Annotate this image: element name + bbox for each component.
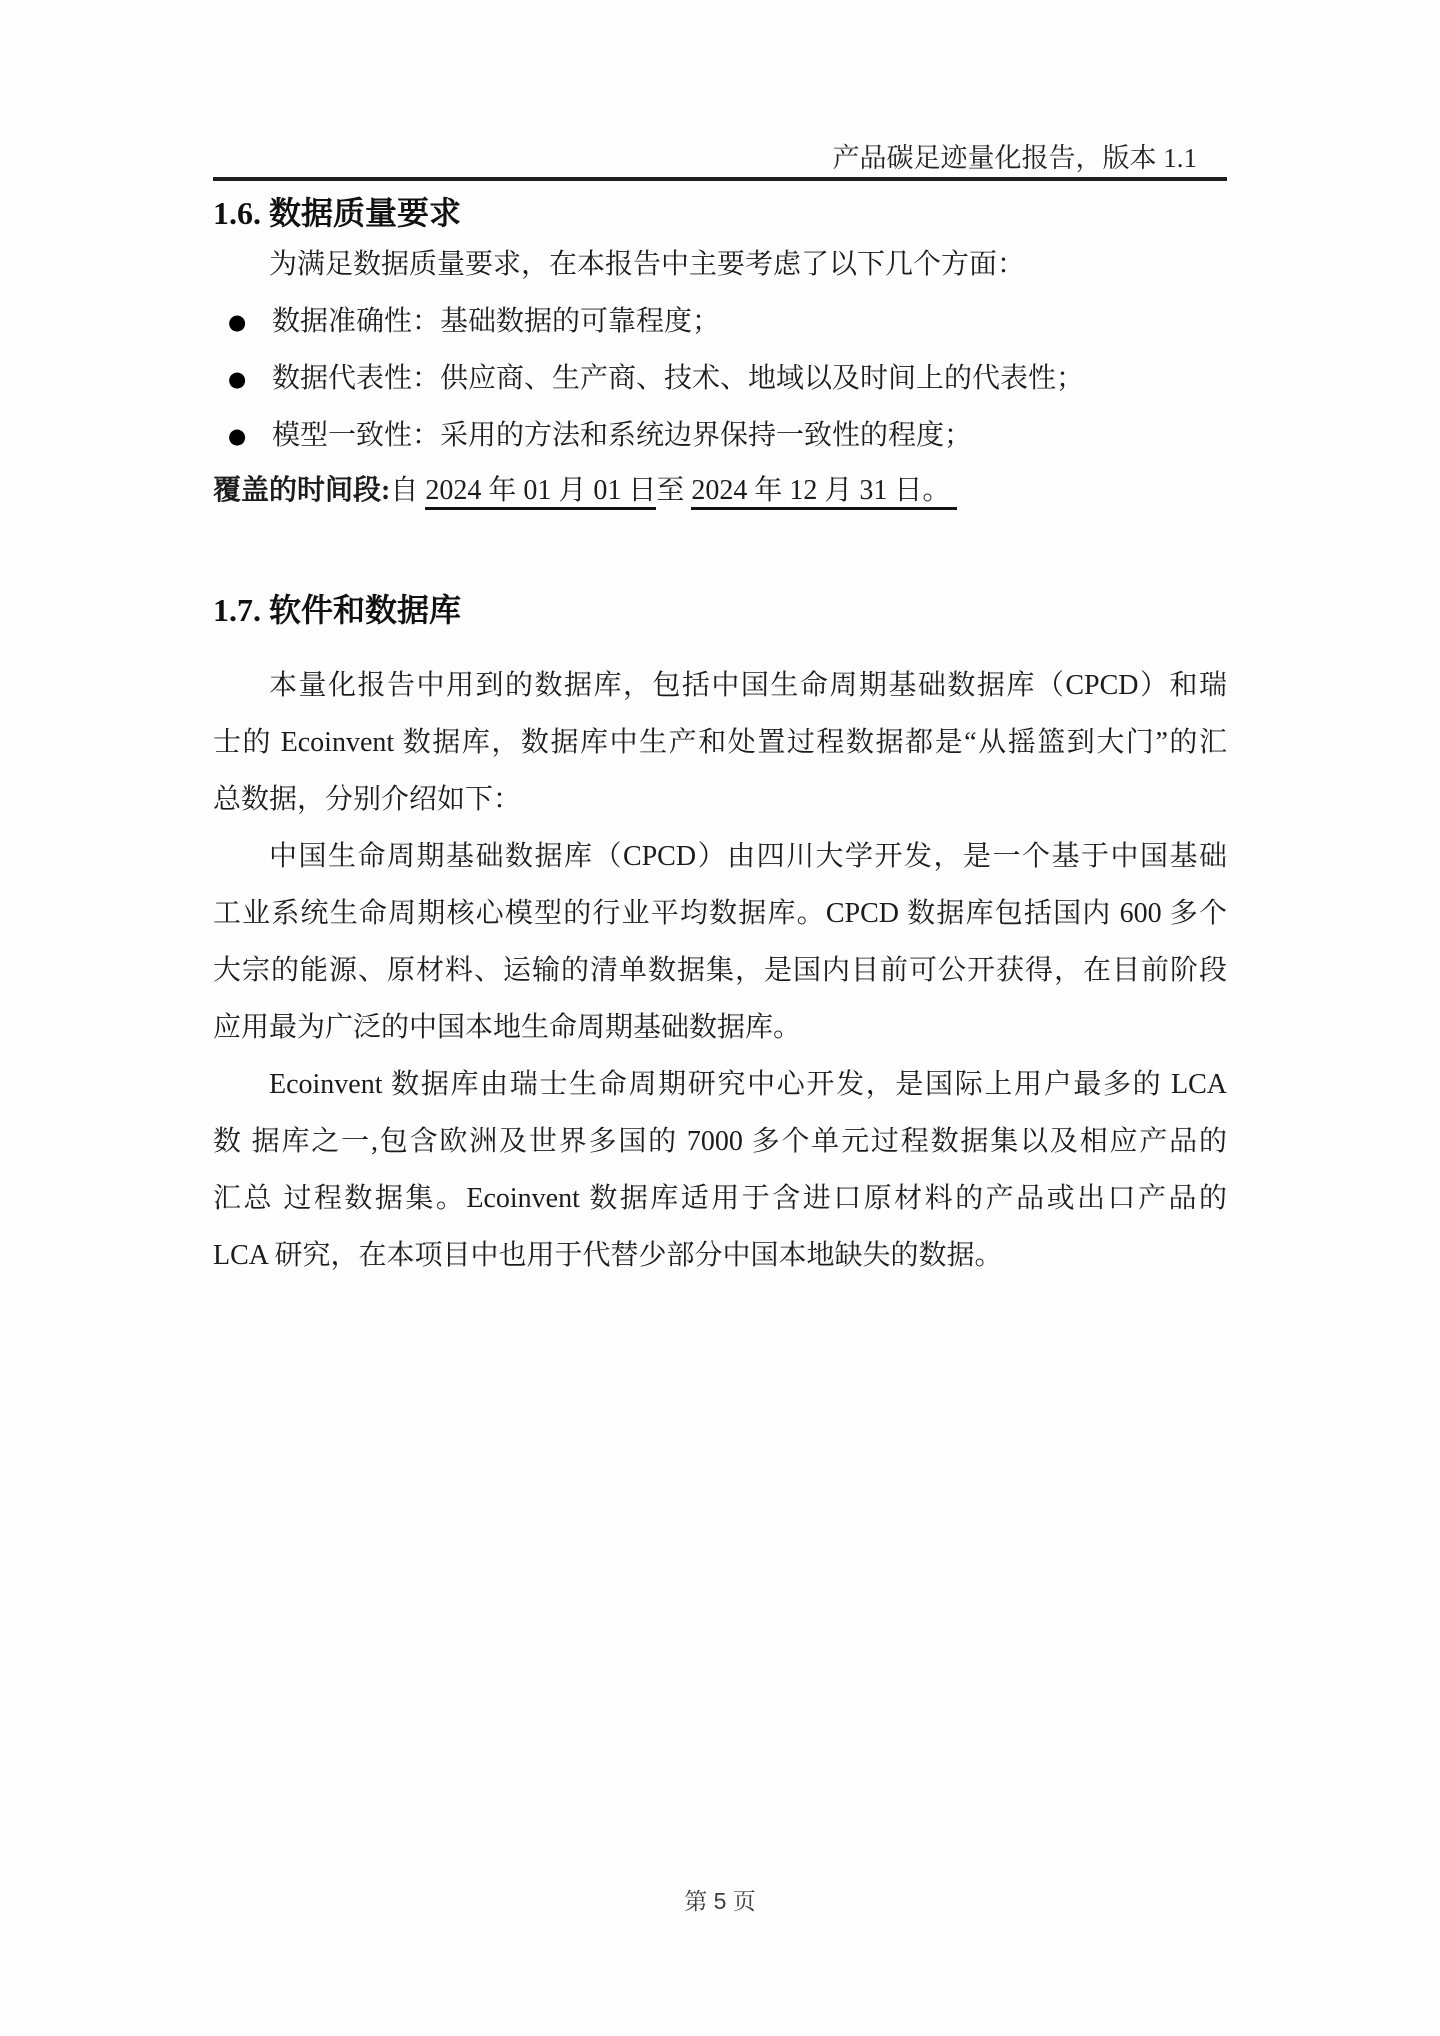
paragraph-line: 总数据，分别介绍如下： [213,780,1227,820]
header-rule [213,177,1227,181]
bullet-icon: ● [228,416,246,456]
paragraph-line: 汇总 过程数据集。Ecoinvent 数据库适用于含进口原材料的产品或出口产品的 [213,1179,1227,1219]
bullet-icon: ● [228,359,246,399]
coverage-middle: 至 [656,475,691,506]
coverage-label: 覆盖的时间段: [213,475,390,506]
paragraph-line: 本量化报告中用到的数据库，包括中国生命周期基础数据库（CPCD）和瑞 [213,666,1227,706]
bullet-item: ● 数据代表性：供应商、生产商、技术、地域以及时间上的代表性； [213,359,1227,399]
bullet-text: 数据准确性：基础数据的可靠程度； [272,306,720,337]
page-number: 第 5 页 [684,1888,756,1914]
paragraph-line: LCA 研究，在本项目中也用于代替少部分中国本地缺失的数据。 [213,1236,1227,1276]
paragraph-line: 大宗的能源、原材料、运输的清单数据集，是国内目前可公开获得，在目前阶段 [213,951,1227,991]
bullet-icon: ● [228,302,246,342]
bullet-item: ● 数据准确性：基础数据的可靠程度； [213,302,1227,342]
bullet-text: 数据代表性：供应商、生产商、技术、地域以及时间上的代表性； [272,363,1084,394]
paragraph-line: 数 据库之一,包含欧洲及世界多国的 7000 多个单元过程数据集以及相应产品的 [213,1122,1227,1162]
section-16-heading: 1.6. 数据质量要求 [213,191,1227,235]
document-page: 产品碳足迹量化报告，版本 1.1 1.6. 数据质量要求 为满足数据质量要求，在… [0,0,1440,2036]
coverage-start-date: 2024 年 01 月 01 日 [425,475,656,510]
coverage-period-line: 覆盖的时间段:自 2024 年 01 月 01 日至 2024 年 12 月 3… [213,471,1227,511]
section-17-heading: 1.7. 软件和数据库 [213,588,1227,632]
paragraph-line: 中国生命周期基础数据库（CPCD）由四川大学开发，是一个基于中国基础 [213,837,1227,877]
coverage-prefix: 自 [390,475,425,506]
coverage-end-date: 2024 年 12 月 31 日。 [691,475,957,510]
bullet-text: 模型一致性：采用的方法和系统边界保持一致性的程度； [272,420,972,451]
page-footer: 第 5 页 [0,1886,1440,1916]
paragraph-line: Ecoinvent 数据库由瑞士生命周期研究中心开发，是国际上用户最多的 LCA [213,1065,1227,1105]
bullet-item: ● 模型一致性：采用的方法和系统边界保持一致性的程度； [213,416,1227,456]
page-header-title: 产品碳足迹量化报告，版本 1.1 [213,140,1227,176]
paragraph-line: 应用最为广泛的中国本地生命周期基础数据库。 [213,1008,1227,1048]
paragraph-line: 工业系统生命周期核心模型的行业平均数据库。CPCD 数据库包括国内 600 多个 [213,894,1227,934]
section-16-intro: 为满足数据质量要求，在本报告中主要考虑了以下几个方面： [213,245,1227,285]
paragraph-line: 士的 Ecoinvent 数据库，数据库中生产和处置过程数据都是“从摇篮到大门”… [213,723,1227,763]
